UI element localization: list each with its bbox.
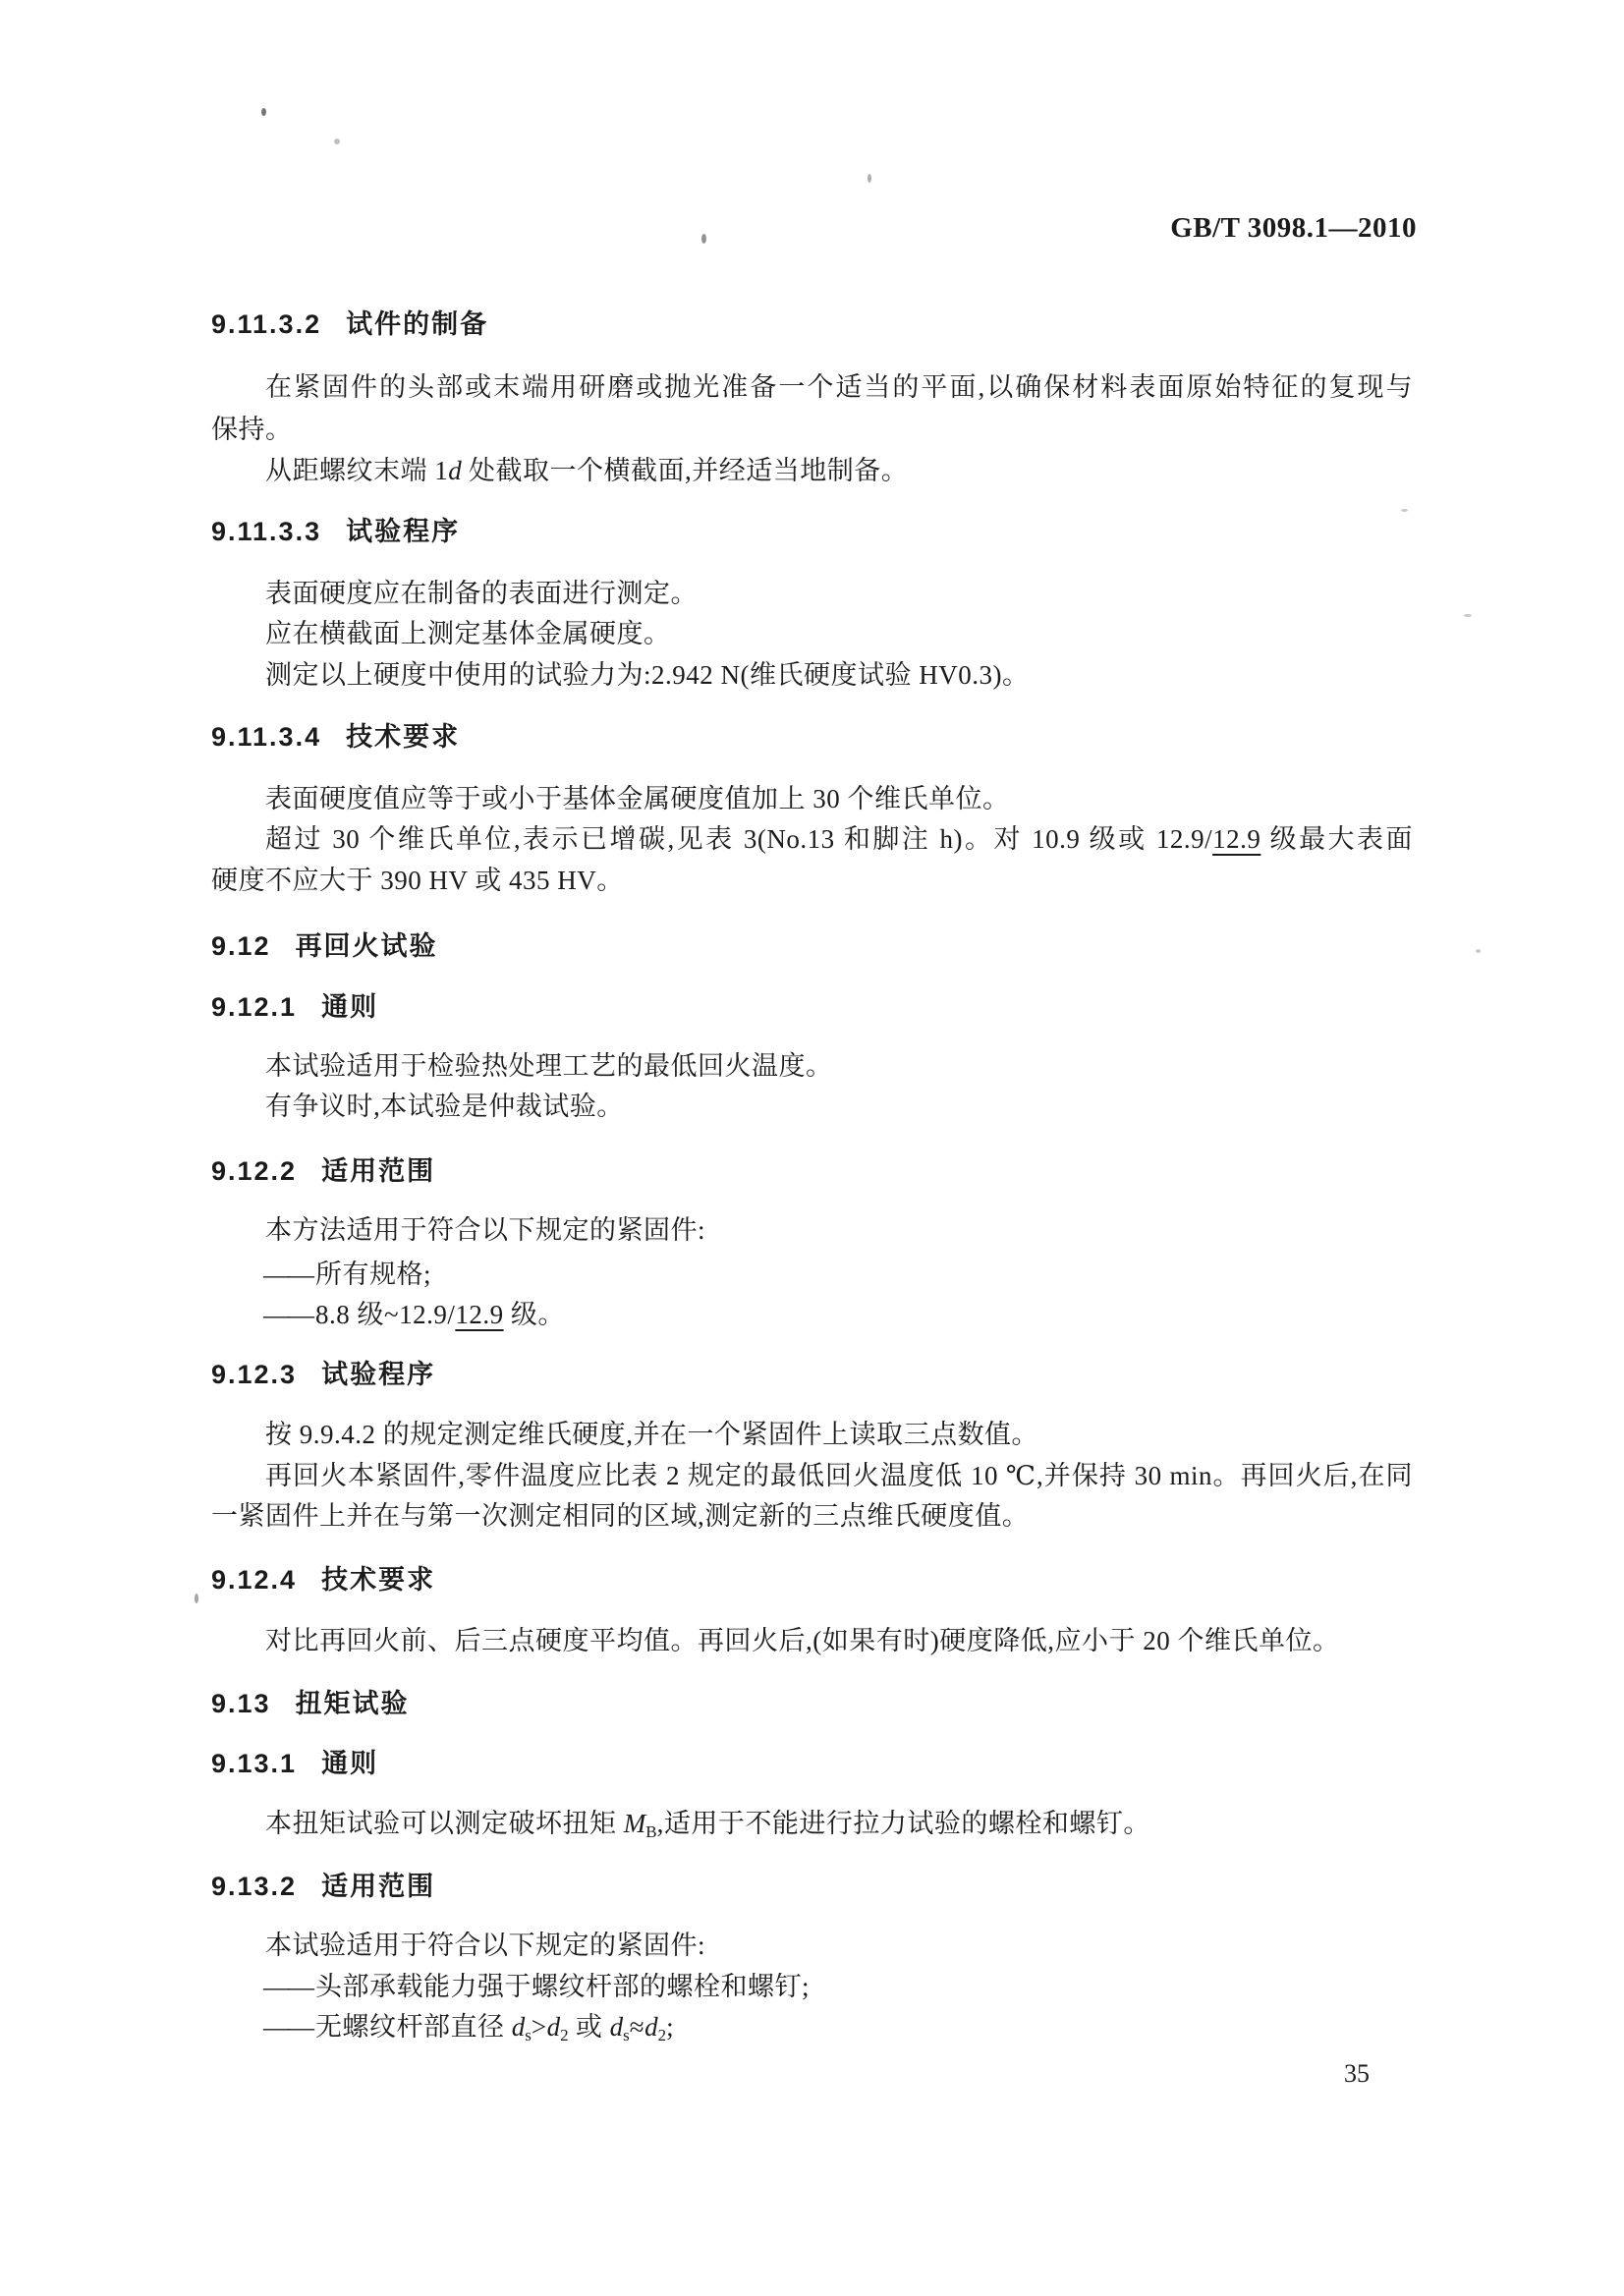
section-number: 9.12.2 — [211, 1156, 297, 1186]
section-title: 通则 — [321, 1749, 378, 1778]
paragraph-line: 表面硬度应在制备的表面进行测定。 — [265, 576, 698, 611]
section-title: 试件的制备 — [346, 309, 488, 339]
scan-speck — [1464, 614, 1472, 617]
paragraph-line: 本试验适用于检验热处理工艺的最低回火温度。 — [265, 1048, 833, 1084]
section-heading-9-11-3-3: 9.11.3.3试验程序 — [211, 514, 460, 549]
section-number: 9.11.3.3 — [211, 517, 321, 546]
paragraph-line: 超过 30 个维氏单位,表示已增碳,见表 3(No.13 和脚注 h)。对 10… — [265, 821, 1413, 857]
section-title: 试验程序 — [321, 1360, 435, 1389]
section-title: 试验程序 — [346, 517, 460, 546]
subscript-s: s — [525, 2026, 532, 2044]
item-dash: —— — [263, 1300, 312, 1329]
text-run: 超过 30 个维氏单位,表示已增碳,见表 3(No.13 和脚注 h)。对 10… — [265, 824, 1212, 854]
scan-speck — [261, 108, 266, 116]
section-heading-9-12-1: 9.12.1通则 — [211, 989, 378, 1025]
paragraph-line: 表面硬度值应等于或小于基体金属硬度值加上 30 个维氏单位。 — [265, 781, 1010, 816]
item-dash: —— — [263, 1260, 312, 1289]
section-number: 9.12 — [211, 931, 271, 961]
section-title: 技术要求 — [321, 1565, 435, 1595]
scan-speck — [701, 234, 706, 244]
subscript-2: 2 — [560, 2026, 569, 2044]
paragraph-line: 对比再回火前、后三点硬度平均值。再回火后,(如果有时)硬度降低,应小于 20 个… — [265, 1623, 1339, 1658]
text-run: 或 — [569, 2012, 610, 2042]
section-number: 9.11.3.4 — [211, 722, 321, 752]
item-dash: —— — [263, 2012, 312, 2042]
relation-gt: > — [532, 2012, 547, 2042]
list-item: ——无螺纹杆部直径 ds>d2 或 ds≈d2; — [263, 2009, 674, 2053]
document-page: GB/T 3098.1—2010 9.11.3.2试件的制备 在紧固件的头部或末… — [0, 0, 1624, 2296]
paragraph-line: 应在横截面上测定基体金属硬度。 — [265, 616, 671, 651]
page-number: 35 — [1344, 2059, 1370, 2089]
text-run: 8.8 级~12.9/ — [315, 1300, 455, 1329]
section-heading-9-12-3: 9.12.3试验程序 — [211, 1357, 435, 1392]
paragraph-line: 保持。 — [211, 412, 293, 447]
text-run: 处截取一个横截面,并经适当地制备。 — [462, 456, 909, 485]
variable-d: d — [547, 2012, 561, 2042]
section-number: 9.13 — [211, 1689, 271, 1718]
section-title: 技术要求 — [346, 722, 460, 752]
subscript-B: B — [645, 1822, 656, 1841]
section-heading-9-11-3-4: 9.11.3.4技术要求 — [211, 719, 460, 755]
variable-M: M — [624, 1809, 646, 1838]
section-number: 9.12.4 — [211, 1565, 297, 1595]
paragraph-line: 硬度不应大于 390 HV 或 435 HV。 — [211, 863, 624, 898]
section-number: 9.13.1 — [211, 1749, 297, 1778]
paragraph-line: 按 9.9.4.2 的规定测定维氏硬度,并在一个紧固件上读取三点数值。 — [265, 1417, 1038, 1452]
section-title: 适用范围 — [321, 1872, 435, 1901]
relation-approx: ≈ — [630, 2012, 644, 2042]
paragraph-line: 一紧固件上并在与第一次测定相同的区域,测定新的三点维氏硬度值。 — [211, 1498, 1029, 1534]
variable-d: d — [610, 2012, 624, 2042]
underlined-grade: 12.9 — [1212, 824, 1260, 854]
paragraph-line: 本方法适用于符合以下规定的紧固件: — [265, 1212, 705, 1248]
underlined-grade: 12.9 — [455, 1300, 503, 1329]
variable-d: d — [448, 456, 462, 485]
standard-number: GB/T 3098.1—2010 — [1079, 212, 1417, 245]
section-heading-9-12-2: 9.12.2适用范围 — [211, 1153, 435, 1189]
section-heading-9-13-2: 9.13.2适用范围 — [211, 1869, 435, 1904]
list-item: ——所有规格; — [263, 1257, 431, 1292]
text-run: 级。 — [504, 1300, 565, 1329]
paragraph-line: 测定以上硬度中使用的试验力为:2.942 N(维氏硬度试验 HV0.3)。 — [265, 657, 1029, 693]
list-item: ——8.8 级~12.9/12.9 级。 — [263, 1297, 565, 1332]
scan-speck — [1476, 949, 1481, 953]
paragraph-line: 有争议时,本试验是仲裁试验。 — [265, 1089, 624, 1124]
subscript-2: 2 — [658, 2026, 667, 2044]
section-title: 适用范围 — [321, 1156, 435, 1186]
section-heading-9-12: 9.12再回火试验 — [211, 928, 438, 964]
section-title: 扭矩试验 — [296, 1689, 410, 1718]
scan-speck — [868, 174, 871, 183]
scan-speck — [195, 1594, 198, 1603]
scan-speck — [334, 139, 340, 144]
item-dash: —— — [263, 1972, 312, 2001]
list-item: ——头部承载能力强于螺纹杆部的螺栓和螺钉; — [263, 1969, 810, 2004]
section-number: 9.12.1 — [211, 992, 297, 1022]
section-title: 再回火试验 — [296, 931, 438, 961]
variable-d: d — [644, 2012, 658, 2042]
text-run: 从距螺纹末端 1 — [265, 456, 448, 485]
paragraph-line: 从距螺纹末端 1d 处截取一个横截面,并经适当地制备。 — [265, 453, 908, 488]
variable-d: d — [512, 2012, 526, 2042]
scan-speck — [1401, 509, 1408, 512]
paragraph-line: 本试验适用于符合以下规定的紧固件: — [265, 1928, 705, 1963]
paragraph-line: 再回火本紧固件,零件温度应比表 2 规定的最低回火温度低 10 ℃,并保持 30… — [265, 1458, 1413, 1493]
text-run: ,适用于不能进行拉力试验的螺栓和螺钉。 — [657, 1809, 1150, 1838]
text-run: 本扭矩试验可以测定破坏扭矩 — [265, 1809, 624, 1838]
section-number: 9.11.3.2 — [211, 309, 321, 339]
section-number: 9.12.3 — [211, 1360, 297, 1389]
text-run: ; — [666, 2012, 674, 2042]
section-heading-9-11-3-2: 9.11.3.2试件的制备 — [211, 307, 488, 342]
section-heading-9-13-1: 9.13.1通则 — [211, 1746, 378, 1781]
text-run: 无螺纹杆部直径 — [315, 2012, 512, 2042]
section-number: 9.13.2 — [211, 1872, 297, 1901]
text-run: 头部承载能力强于螺纹杆部的螺栓和螺钉; — [315, 1972, 810, 2001]
section-heading-9-12-4: 9.12.4技术要求 — [211, 1562, 435, 1597]
paragraph-line: 本扭矩试验可以测定破坏扭矩 MB,适用于不能进行拉力试验的螺栓和螺钉。 — [265, 1806, 1150, 1850]
text-run: 级最大表面 — [1260, 824, 1413, 854]
subscript-s: s — [623, 2026, 630, 2044]
paragraph-line: 在紧固件的头部或末端用研磨或抛光准备一个适当的平面,以确保材料表面原始特征的复现… — [265, 369, 1413, 405]
text-run: 所有规格; — [315, 1260, 431, 1289]
section-heading-9-13: 9.13扭矩试验 — [211, 1686, 410, 1721]
section-title: 通则 — [321, 992, 378, 1022]
